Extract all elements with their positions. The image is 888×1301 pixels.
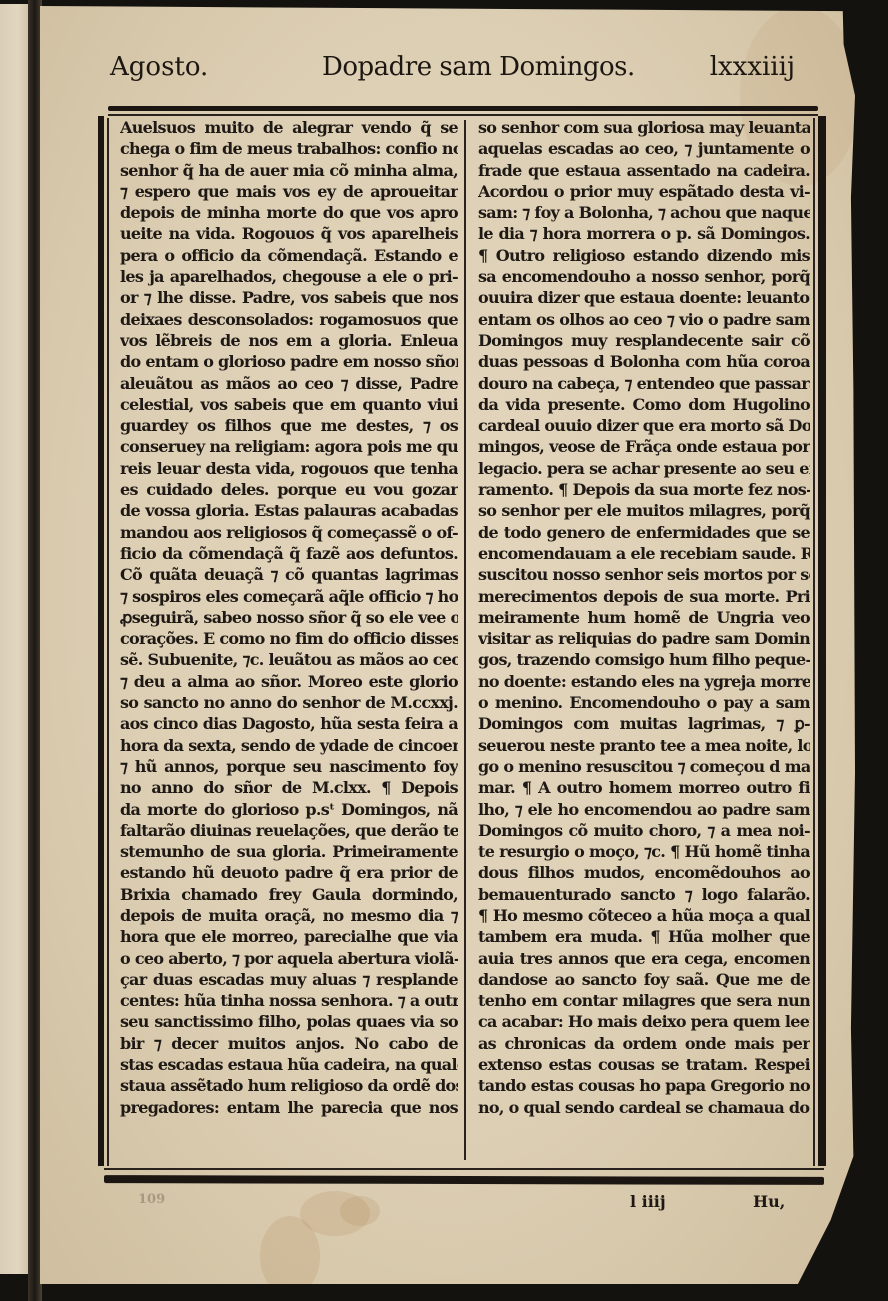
text-line: ¶ Outro religioso estando dizendo mis (478, 245, 810, 266)
text-line: tenho em contar milagres que sera nun (478, 990, 810, 1011)
text-line: depois de minha morte do que vos apro (120, 202, 458, 223)
text-line: de vossa gloria. Estas palauras acabadas (120, 500, 458, 521)
text-line: le dia ⁊ hora morrera o p. sã Domingos. (478, 223, 810, 244)
text-line: sam: ⁊ foy a Bolonha, ⁊ achou que naque (478, 202, 810, 223)
text-line: gos, trazendo comsigo hum filho peque- (478, 649, 810, 670)
text-line: pera o officio da cõmendaçã. Estando e (120, 245, 458, 266)
text-line: o menino. Encomendouho o pay a sam (478, 692, 810, 713)
column-divider (464, 120, 466, 1160)
text-line: Cõ quãta deuaçã ⁊ cõ quantas lagrimas (120, 564, 458, 585)
frame-right-inner-border (813, 118, 815, 1166)
text-line: senhor q̃ ha de auer mia cõ minha alma, (120, 160, 458, 181)
text-line: mandou aos religiosos q̃ começassẽ o of- (120, 522, 458, 543)
text-line: celestial, vos sabeis que em quanto viui (120, 394, 458, 415)
frame-left-inner-border (107, 118, 109, 1166)
text-line: sa encomendouho a nosso senhor, porq̃ (478, 266, 810, 287)
text-line: cardeal ouuio dizer que era morto sã Do (478, 415, 810, 436)
text-line: aos cinco dias Dagosto, hũa sesta feira … (120, 713, 458, 734)
text-line: estando hũ deuoto padre q̃ era prior de (120, 862, 458, 883)
text-line: as chronicas da ordem onde mais per (478, 1033, 810, 1054)
running-head-month: Agosto. (110, 52, 208, 82)
text-line: Brixia chamado frey Gaula dormindo, (120, 884, 458, 905)
text-line: bir ⁊ decer muitos anjos. No cabo de (120, 1033, 458, 1054)
text-line: do entam o glorioso padre em nosso sñor (120, 351, 458, 372)
text-line: frade que estaua assentado na cadeira. (478, 160, 810, 181)
text-line: Auelsuos muito de alegrar vendo q̃ se (120, 117, 458, 138)
text-line: corações. E como no fim do officio disse… (120, 628, 458, 649)
text-line: te resurgio o moço, ⁊c. ¶ Hũ homẽ tinha (478, 841, 810, 862)
text-line: pregadores: entam lhe parecia que nos (120, 1097, 458, 1118)
text-line: o ceo aberto, ⁊ por aquela abertura viol… (120, 948, 458, 969)
text-line: meiramente hum homẽ de Ungria veo (478, 607, 810, 628)
text-line: merecimentos depois de sua morte. Pri (478, 586, 810, 607)
text-line: centes: hũa tinha nossa senhora. ⁊ a out… (120, 990, 458, 1011)
text-line: aquelas escadas ao ceo, ⁊ juntamente o (478, 138, 810, 159)
text-line: auia tres annos que era cega, encomen (478, 948, 810, 969)
text-line: ⁊ espero que mais vos ey de aproueitar (120, 181, 458, 202)
text-line: ¶ Ho mesmo cõteceo a hũa moça a qual (478, 905, 810, 926)
text-line: no, o qual sendo cardeal se chamaua dom (478, 1097, 810, 1118)
bleed-through-number: 109 (138, 1192, 165, 1207)
text-line: visitar as reliquias do padre sam Domin (478, 628, 810, 649)
text-line: çar duas escadas muy aluas ⁊ resplande (120, 969, 458, 990)
running-head: Agosto. Dopadre sam Domingos. lxxxiiij (110, 52, 795, 92)
bottom-rule-thin (104, 1168, 824, 1170)
text-line: ca acabar: Ho mais deixo pera quem leer (478, 1011, 810, 1032)
top-rule-thin (108, 114, 818, 116)
text-line: da morte do glorioso p.sᵗ Domingos, nã (120, 799, 458, 820)
text-line: sẽ. Subuenite, ⁊c. leuãtou as mãos ao ce… (120, 649, 458, 670)
text-line: so sancto no anno do senhor de M.ccxxj. (120, 692, 458, 713)
text-line: seu sanctissimo filho, polas quaes via s… (120, 1011, 458, 1032)
text-line: de todo genero de enfermidades que se (478, 522, 810, 543)
left-text-column: Auelsuos muito de alegrar vendo q̃ seche… (120, 117, 458, 1118)
folio-number: lxxxiiij (710, 52, 795, 82)
text-line: les ja aparelhados, chegouse a ele o pri… (120, 266, 458, 287)
text-line: Domingos cõ muito choro, ⁊ a mea noi- (478, 820, 810, 841)
text-line: deixaes desconsolados: rogamosuos que (120, 309, 458, 330)
text-line: extenso estas cousas se tratam. Respei (478, 1054, 810, 1075)
text-line: dandose ao sancto foy saã. Que me de (478, 969, 810, 990)
text-line: vos lẽbreis de nos em a gloria. Enleua (120, 330, 458, 351)
text-line: faltarão diuinas reuelações, que derão t… (120, 820, 458, 841)
text-line: no doente: estando eles na ygreja morreo (478, 671, 810, 692)
text-line: douro na cabeça, ⁊ entendeo que passara (478, 373, 810, 394)
text-line: or ⁊ lhe disse. Padre, vos sabeis que no… (120, 287, 458, 308)
text-line: conseruey na religiam: agora pois me que (120, 436, 458, 457)
text-line: lho, ⁊ ele ho encomendou ao padre sam (478, 799, 810, 820)
text-line: go o menino resuscitou ⁊ começou d ma (478, 756, 810, 777)
text-line: legacio. pera se achar presente ao seu e… (478, 458, 810, 479)
text-line: stas escadas estaua hũa cadeira, na qual… (120, 1054, 458, 1075)
text-line: ramento. ¶ Depois da sua morte fez nos- (478, 479, 810, 500)
frame-left-border (98, 116, 104, 1166)
right-text-column: so senhor com sua gloriosa may leuantauã… (478, 117, 810, 1118)
text-line: entam os olhos ao ceo ⁊ vio o padre sam (478, 309, 810, 330)
text-line: ⁊ sospiros eles começarã aq̃le officio ⁊… (120, 586, 458, 607)
page-footer: 109 l iiij Hu, (100, 1192, 800, 1222)
text-line: chega o fim de meus trabalhos: confio no (120, 138, 458, 159)
text-line: so senhor per ele muitos milagres, porq̃ (478, 500, 810, 521)
text-line: suscitou nosso senhor seis mortos por se… (478, 564, 810, 585)
text-line: hora que ele morreo, parecialhe que via (120, 926, 458, 947)
text-line: ueite na vida. Rogouos q̃ vos aparelheis (120, 223, 458, 244)
text-line: staua assẽtado hum religioso da ordẽ dos (120, 1075, 458, 1096)
text-line: seuerou neste pranto tee a mea noite, lo… (478, 735, 810, 756)
text-line: hora da sexta, sendo de ydade de cincoen… (120, 735, 458, 756)
text-line: da vida presente. Como dom Hugolino (478, 394, 810, 415)
text-line: mingos, veose de Frãça onde estaua por (478, 436, 810, 457)
text-line: Domingos com muitas lagrimas, ⁊ ꝑ- (478, 713, 810, 734)
text-line: ficio da cõmendaçã q̃ fazẽ aos defuntos. (120, 543, 458, 564)
text-line: ⁊ deu a alma ao sñor. Moreo este glorio (120, 671, 458, 692)
text-line: dous filhos mudos, encomẽdouhos ao (478, 862, 810, 883)
text-line: ꝓseguirã, sabeo nosso sñor q̃ so ele vee… (120, 607, 458, 628)
text-line: duas pessoas d Bolonha com hũa coroa (478, 351, 810, 372)
top-rule (108, 106, 818, 111)
facing-page-edge (0, 4, 30, 1274)
text-line: no anno do sñor de M.clxx. ¶ Depois (120, 777, 458, 798)
text-line: stemunho de sua gloria. Primeiramente (120, 841, 458, 862)
book-gutter (28, 0, 42, 1301)
text-line: bemauenturado sancto ⁊ logo falarão. (478, 884, 810, 905)
text-line: tambem era muda. ¶ Hũa molher que (478, 926, 810, 947)
catchword: Hu, (753, 1192, 785, 1211)
text-line: tando estas cousas ho papa Gregorio no (478, 1075, 810, 1096)
running-head-title: Dopadre sam Domingos. (322, 52, 635, 82)
text-line: ⁊ hũ annos, porque seu nascimento foy (120, 756, 458, 777)
text-line: Acordou o prior muy espãtado desta vi- (478, 181, 810, 202)
signature-mark: l iiij (630, 1192, 666, 1211)
text-line: aleuãtou as mãos ao ceo ⁊ disse, Padre (120, 373, 458, 394)
text-line: Domingos muy resplandecente sair cõ (478, 330, 810, 351)
text-line: so senhor com sua gloriosa may leuantauã (478, 117, 810, 138)
text-line: reis leuar desta vida, rogouos que tenha (120, 458, 458, 479)
text-line: es cuidado deles. porque eu vou gozar (120, 479, 458, 500)
text-line: depois de muita oraçã, no mesmo dia ⁊ (120, 905, 458, 926)
text-line: mar. ¶ A outro homem morreo outro fi (478, 777, 810, 798)
frame-right-border (818, 116, 826, 1166)
text-line: guardey os filhos que me destes, ⁊ os (120, 415, 458, 436)
text-line: encomendauam a ele recebiam saude. Re (478, 543, 810, 564)
text-line: ouuira dizer que estaua doente: leuantou (478, 287, 810, 308)
